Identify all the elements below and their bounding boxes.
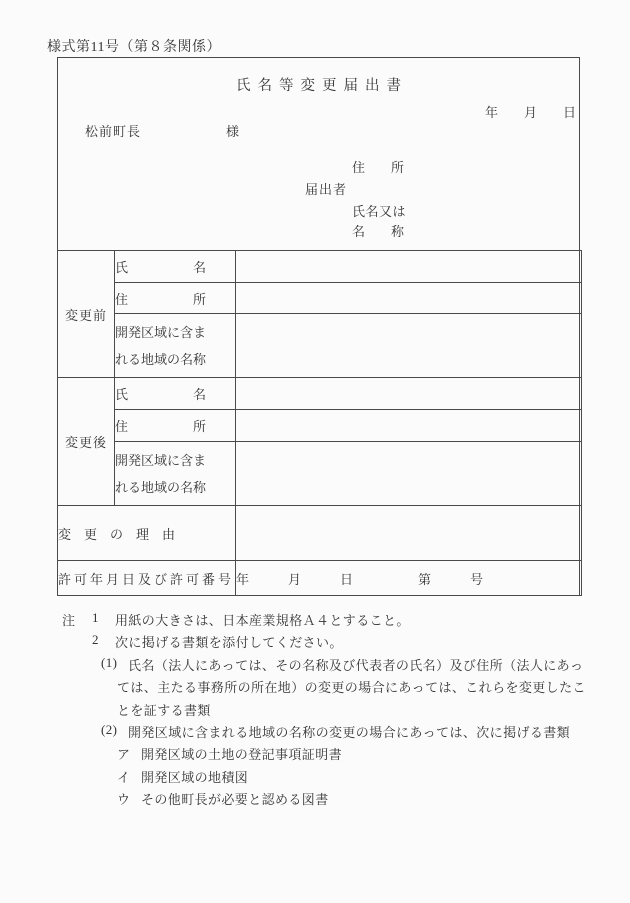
notifier-address-label: 住 所	[352, 157, 404, 176]
table-row: 許可年月日及び許可番号 年 月 日 第 号	[58, 561, 582, 596]
note-heading-marker: 注	[62, 610, 75, 629]
note-line: (1) 氏名（法人にあっては、その名称及び代表者の氏名）及び住所（法人にあっ	[62, 655, 602, 677]
note-text: 開発区域の土地の登記事項証明書	[141, 744, 342, 763]
before-area-name-value-cell	[236, 314, 582, 378]
before-name-label: 氏 名	[115, 251, 236, 283]
before-address-value-cell	[236, 283, 582, 314]
after-address-label: 住 所	[115, 410, 236, 442]
after-area-name-label-line2: れる地域の名称	[115, 474, 235, 501]
notifier-title-label: 名 称	[352, 221, 404, 240]
permit-date-number-value: 年 月 日 第 号	[236, 561, 582, 596]
note-sub-number: (1)	[101, 655, 117, 671]
reason-for-change-value-cell	[236, 506, 582, 561]
after-area-name-label-line1: 開発区域に含ま	[115, 447, 235, 474]
note-number: 2	[92, 632, 99, 648]
before-change-group-label: 変更前	[58, 251, 115, 378]
note-text: とを証する書類	[117, 700, 211, 719]
note-line: 注 1 用紙の大きさは、日本産業規格Ａ４とすること。	[62, 610, 602, 632]
before-area-name-label-line2: れる地域の名称	[115, 346, 235, 373]
notes-section: 注 1 用紙の大きさは、日本産業規格Ａ４とすること。 2 次に掲げる書類を添付し…	[62, 610, 602, 812]
form-title: 氏名等変更届出書	[58, 74, 579, 95]
note-text: その他町長が必要と認める図書	[141, 789, 329, 808]
note-line: 2 次に掲げる書類を添付してください。	[62, 632, 602, 654]
notifier-label: 届出者	[305, 179, 347, 198]
note-line: イ 開発区域の地積図	[62, 767, 602, 789]
attachment-marker: イ	[117, 767, 130, 786]
before-area-name-label-line1: 開発区域に含ま	[115, 319, 235, 346]
note-line: とを証する書類	[62, 700, 602, 722]
notifier-name-or-label: 氏名又は	[352, 201, 406, 220]
note-number: 1	[92, 610, 99, 626]
note-line: (2) 開発区域に含まれる地域の名称の変更の場合にあっては、次に掲げる書類	[62, 722, 602, 744]
after-address-value-cell	[236, 410, 582, 442]
note-line: ウ その他町長が必要と認める図書	[62, 789, 602, 811]
table-row: 変更の理由	[58, 506, 582, 561]
table-row: 変更前 氏 名	[58, 251, 582, 283]
permit-date-number-label: 許可年月日及び許可番号	[58, 561, 236, 596]
table-row: 開発区域に含まれる地域の名称	[58, 442, 582, 506]
document-page: { "colors": { "paper": "#fbfbfb", "ink":…	[0, 0, 630, 903]
reason-for-change-label: 変更の理由	[58, 506, 236, 561]
form-border-box: 氏名等変更届出書 年 月 日 松前町長 様 届出者 住 所 氏名又は 名 称 変…	[57, 57, 580, 596]
after-name-label: 氏 名	[115, 378, 236, 410]
note-line: ア 開発区域の土地の登記事項証明書	[62, 744, 602, 766]
table-row: 住 所	[58, 410, 582, 442]
date-blank-line: 年 月 日	[58, 102, 579, 121]
addressee-honorific: 様	[226, 121, 239, 140]
before-name-value-cell	[236, 251, 582, 283]
table-row: 開発区域に含まれる地域の名称	[58, 314, 582, 378]
after-change-group-label: 変更後	[58, 378, 115, 506]
note-text: ては、主たる事務所の所在地）の変更の場合にあっては、これらを変更したこ	[117, 677, 586, 696]
note-text: 開発区域に含まれる地域の名称の変更の場合にあっては、次に掲げる書類	[128, 722, 570, 741]
form-number-heading: 様式第11号（第８条関係）	[47, 36, 221, 56]
attachment-marker: ア	[117, 744, 130, 763]
attachment-marker: ウ	[117, 789, 130, 808]
before-address-label: 住 所	[115, 283, 236, 314]
note-text: 次に掲げる書類を添付してください。	[115, 632, 343, 651]
note-text: 開発区域の地積図	[141, 767, 248, 786]
before-area-name-label: 開発区域に含まれる地域の名称	[115, 314, 236, 378]
addressee-name: 松前町長	[85, 121, 141, 140]
change-detail-table: 変更前 氏 名 住 所 開発区域に含まれる地域の名称 変更後 氏 名 住 所 開…	[57, 250, 582, 596]
note-line: ては、主たる事務所の所在地）の変更の場合にあっては、これらを変更したこ	[62, 677, 602, 699]
note-text: 用紙の大きさは、日本産業規格Ａ４とすること。	[115, 610, 410, 629]
table-row: 住 所	[58, 283, 582, 314]
after-name-value-cell	[236, 378, 582, 410]
note-text: 氏名（法人にあっては、その名称及び代表者の氏名）及び住所（法人にあっ	[128, 655, 583, 674]
after-area-name-label: 開発区域に含まれる地域の名称	[115, 442, 236, 506]
after-area-name-value-cell	[236, 442, 582, 506]
table-row: 変更後 氏 名	[58, 378, 582, 410]
note-sub-number: (2)	[101, 722, 117, 738]
